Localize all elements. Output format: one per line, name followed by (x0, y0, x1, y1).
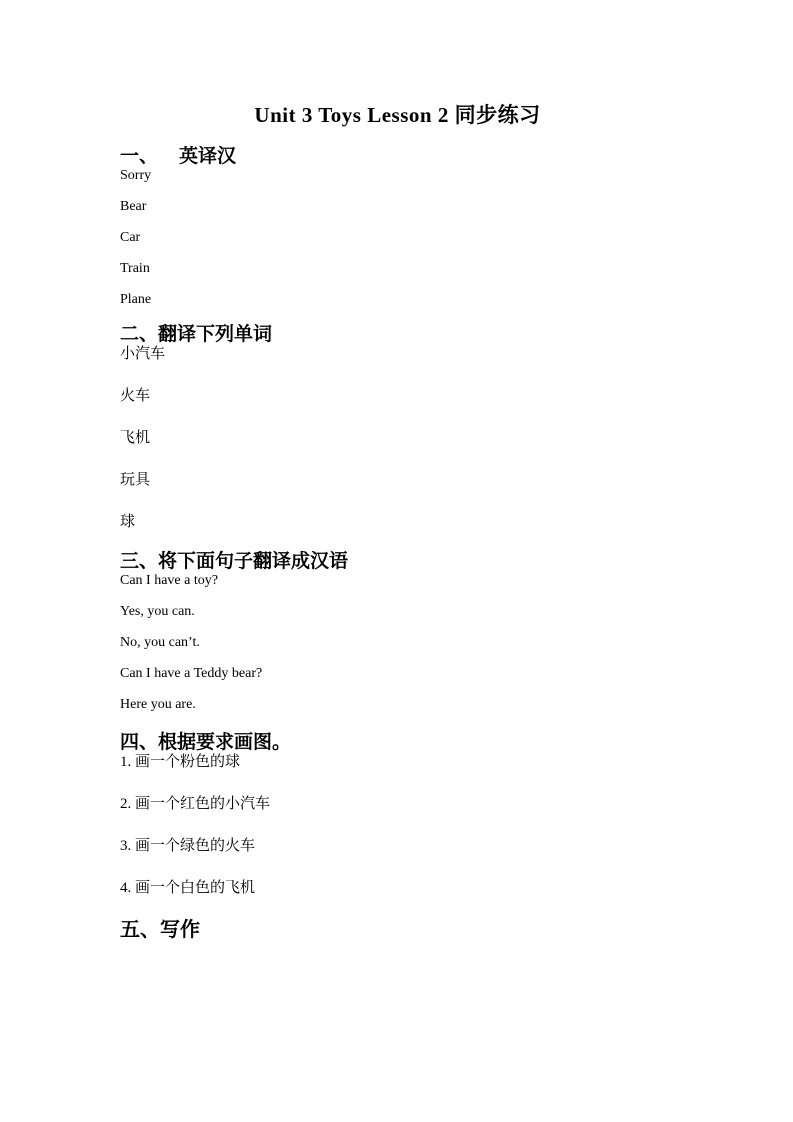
sentence-list: Can I have a toy? Yes, you can. No, you … (120, 573, 675, 713)
section-3-heading: 三、将下面句子翻译成汉语 (120, 551, 675, 573)
english-word: Plane (120, 292, 675, 308)
english-word: Car (120, 230, 675, 246)
sentence: Can I have a toy? (120, 573, 675, 589)
sentence: No, you can’t. (120, 635, 675, 651)
drawing-instruction: 1. 画一个粉色的球 (120, 754, 675, 771)
english-word: Bear (120, 199, 675, 215)
english-word: Train (120, 261, 675, 277)
page-title: Unit 3 Toys Lesson 2 同步练习 (120, 0, 675, 128)
drawing-instruction: 4. 画一个白色的飞机 (120, 880, 675, 897)
chinese-word: 飞机 (120, 430, 675, 447)
worksheet-page: Unit 3 Toys Lesson 2 同步练习 一、英译汉 Sorry Be… (0, 0, 793, 1122)
section-5-heading: 五、写作 (120, 919, 675, 941)
sentence: Yes, you can. (120, 604, 675, 620)
chinese-word: 火车 (120, 388, 675, 405)
section-1-label: 英译汉 (179, 146, 236, 167)
chinese-word: 玩具 (120, 472, 675, 489)
section-4-heading: 四、根据要求画图。 (120, 732, 675, 754)
sentence: Can I have a Teddy bear? (120, 666, 675, 682)
section-2-heading: 二、翻译下列单词 (120, 324, 675, 346)
chinese-word: 小汽车 (120, 346, 675, 363)
drawing-instruction: 3. 画一个绿色的火车 (120, 838, 675, 855)
section-1-number: 一、 (120, 146, 158, 167)
drawing-instruction-list: 1. 画一个粉色的球 2. 画一个红色的小汽车 3. 画一个绿色的火车 4. 画… (120, 754, 675, 897)
document-body: Unit 3 Toys Lesson 2 同步练习 一、英译汉 Sorry Be… (0, 0, 793, 941)
chinese-word: 球 (120, 514, 675, 531)
sentence: Here you are. (120, 697, 675, 713)
chinese-word-list: 小汽车 火车 飞机 玩具 球 (120, 346, 675, 531)
english-word-list: Sorry Bear Car Train Plane (120, 168, 675, 308)
drawing-instruction: 2. 画一个红色的小汽车 (120, 796, 675, 813)
english-word: Sorry (120, 168, 675, 184)
section-1-heading: 一、英译汉 (120, 146, 675, 168)
